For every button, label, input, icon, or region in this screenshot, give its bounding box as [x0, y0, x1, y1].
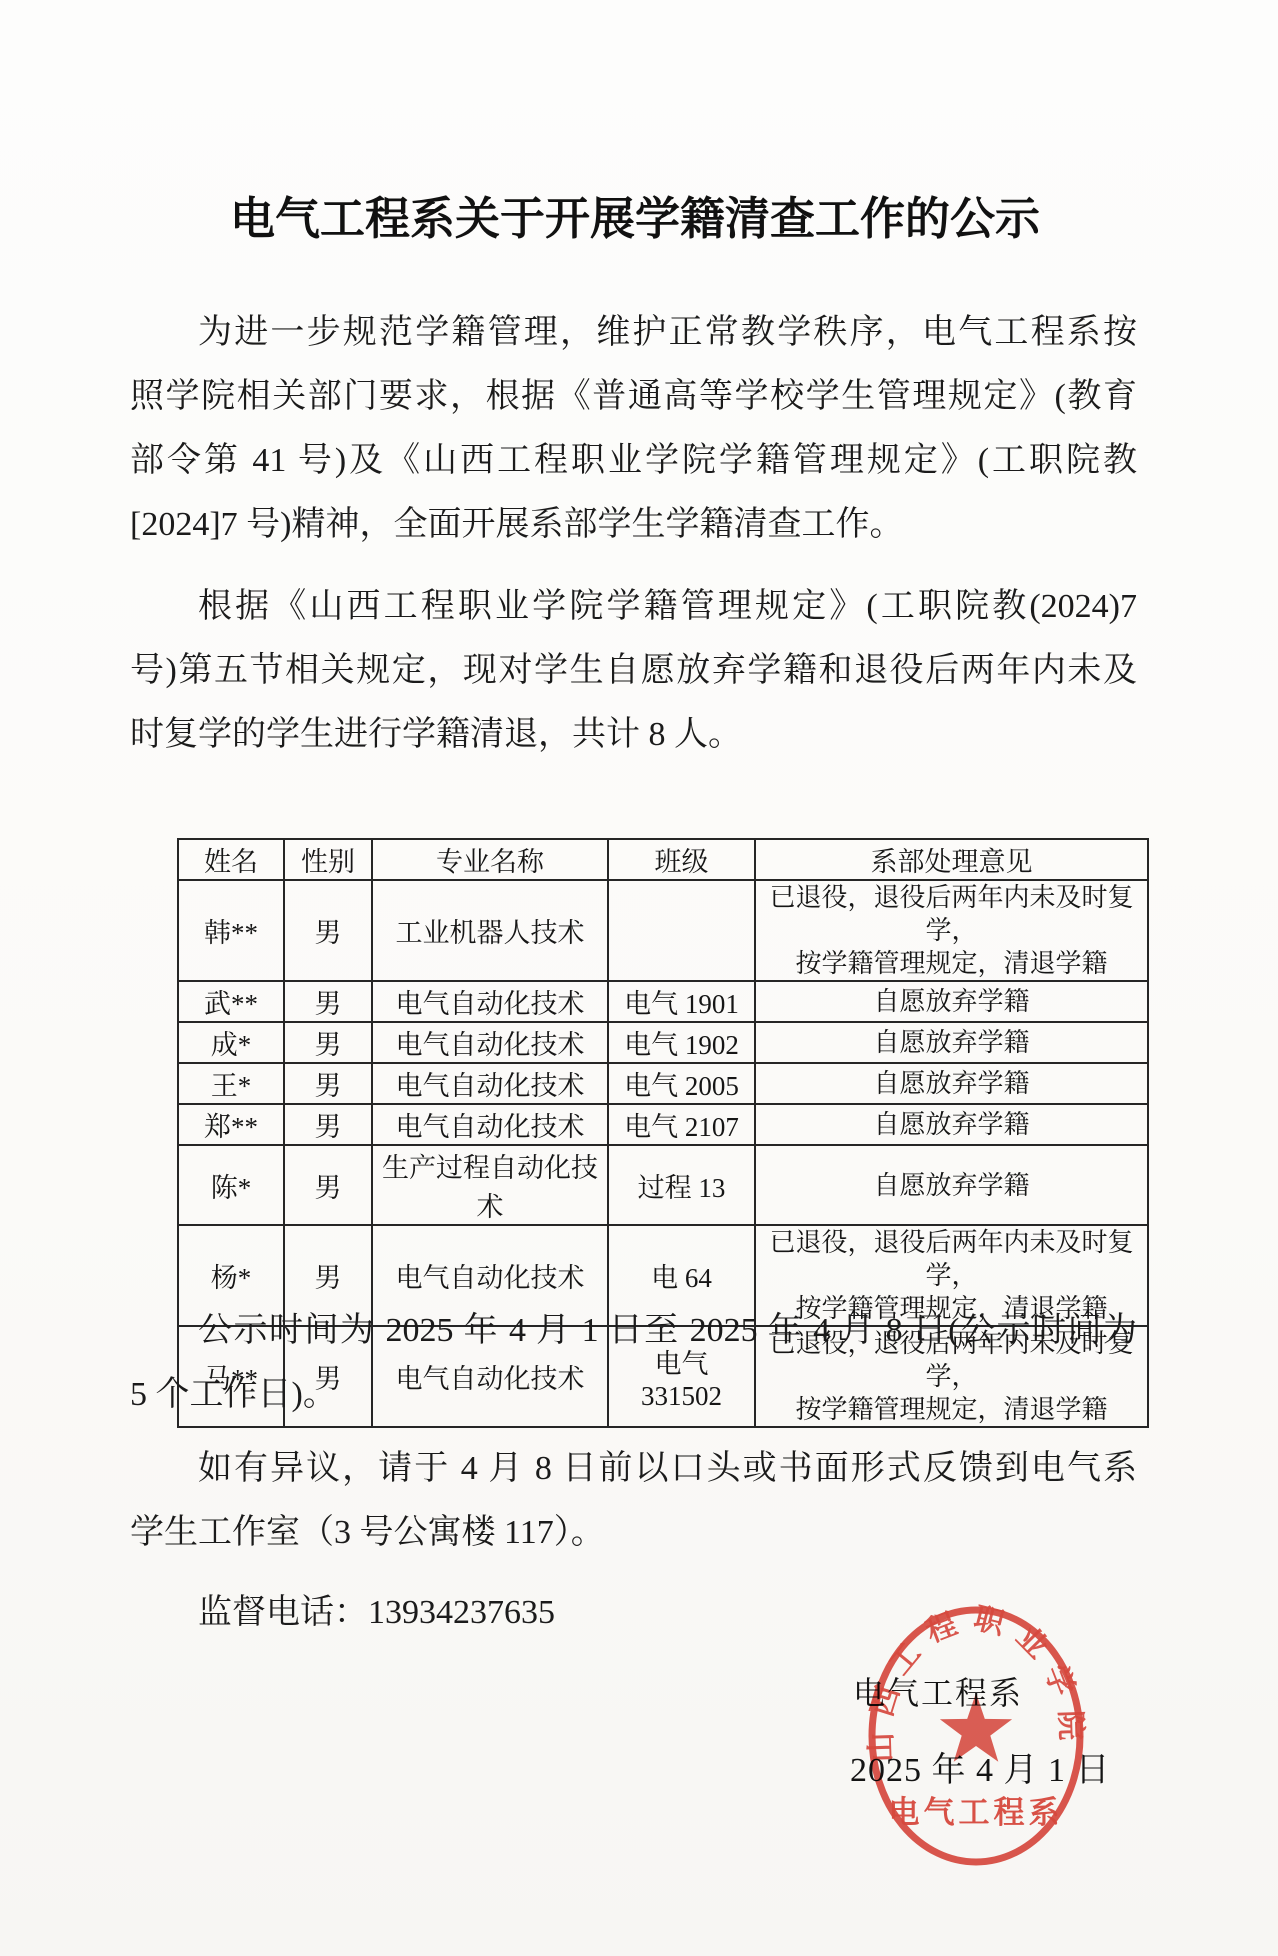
cell-major: 工业机器人技术	[372, 880, 608, 981]
table-row: 郑** 男 电气自动化技术 电气 2107 自愿放弃学籍	[178, 1104, 1148, 1145]
paragraph-line: 号)第五节相关规定，现对学生自愿放弃学籍和退役后两年内未及	[130, 639, 1137, 703]
col-header-name: 姓名	[178, 839, 284, 880]
table-row: 武** 男 电气自动化技术 电气 1901 自愿放弃学籍	[178, 981, 1148, 1022]
page-title: 电气工程系关于开展学籍清查工作的公示	[130, 188, 1140, 250]
notice-document: 电气工程系关于开展学籍清查工作的公示 为进一步规范学籍管理，维护正常教学秩序，电…	[0, 0, 1278, 1956]
cell-gender: 男	[284, 1104, 372, 1145]
cell-opinion: 自愿放弃学籍	[755, 981, 1148, 1022]
cell-class: 电气 1902	[608, 1022, 755, 1063]
cell-major: 电气自动化技术	[372, 981, 608, 1022]
cell-gender: 男	[284, 880, 372, 981]
cell-major: 电气自动化技术	[372, 1104, 608, 1145]
seal-star-icon	[940, 1693, 1012, 1762]
paragraph-line: 5 个工作日)。	[130, 1363, 1137, 1427]
cell-class	[608, 880, 755, 981]
paragraph-publicity-period: 公示时间为 2025 年 4 月 1 日至 2025 年 4 月 8 日(公示时…	[130, 1299, 1137, 1427]
cell-name: 王*	[178, 1063, 284, 1104]
cell-major: 电气自动化技术	[372, 1022, 608, 1063]
cell-gender: 男	[284, 1145, 372, 1225]
paragraph-line: 照学院相关部门要求，根据《普通高等学校学生管理规定》(教育	[130, 365, 1137, 429]
table-row: 王* 男 电气自动化技术 电气 2005 自愿放弃学籍	[178, 1063, 1148, 1104]
cell-opinion: 自愿放弃学籍	[755, 1145, 1148, 1225]
cell-class: 电气 2005	[608, 1063, 755, 1104]
col-header-class: 班级	[608, 839, 755, 880]
paragraph-basis: 根据《山西工程职业学院学籍管理规定》(工职院教(2024)7 号)第五节相关规定…	[130, 575, 1137, 767]
paragraph-intro: 为进一步规范学籍管理，维护正常教学秩序，电气工程系按 照学院相关部门要求，根据《…	[130, 301, 1137, 557]
paragraph-line: 根据《山西工程职业学院学籍管理规定》(工职院教(2024)7	[130, 575, 1137, 639]
cell-name: 韩**	[178, 880, 284, 981]
cell-opinion: 自愿放弃学籍	[755, 1104, 1148, 1145]
cell-opinion: 自愿放弃学籍	[755, 1063, 1148, 1104]
paragraph-line: [2024]7 号)精神，全面开展系部学生学籍清查工作。	[130, 493, 1137, 557]
paragraph-line: 学生工作室（3 号公寓楼 117）。	[130, 1501, 1137, 1565]
cell-gender: 男	[284, 1063, 372, 1104]
cell-name: 成*	[178, 1022, 284, 1063]
table-row: 韩** 男 工业机器人技术 已退役，退役后两年内未及时复学， 按学籍管理规定，清…	[178, 880, 1148, 981]
cell-class: 电气 2107	[608, 1104, 755, 1145]
col-header-opinion: 系部处理意见	[755, 839, 1148, 880]
table-header-row: 姓名 性别 专业名称 班级 系部处理意见	[178, 839, 1148, 880]
cell-major: 电气自动化技术	[372, 1063, 608, 1104]
seal-bottom-text: 电气工程系	[889, 1795, 1064, 1830]
cell-opinion: 已退役，退役后两年内未及时复学， 按学籍管理规定，清退学籍	[755, 880, 1148, 981]
cell-gender: 男	[284, 1022, 372, 1063]
table-row: 成* 男 电气自动化技术 电气 1902 自愿放弃学籍	[178, 1022, 1148, 1063]
cell-major: 生产过程自动化技术	[372, 1145, 608, 1225]
paragraph-line: 时复学的学生进行学籍清退，共计 8 人。	[130, 703, 1137, 767]
col-header-major: 专业名称	[372, 839, 608, 880]
table-row: 陈* 男 生产过程自动化技术 过程 13 自愿放弃学籍	[178, 1145, 1148, 1225]
cell-name: 陈*	[178, 1145, 284, 1225]
paragraph-objection: 如有异议，请于 4 月 8 日前以口头或书面形式反馈到电气系 学生工作室（3 号…	[130, 1437, 1137, 1565]
col-header-gender: 性别	[284, 839, 372, 880]
cell-class: 过程 13	[608, 1145, 755, 1225]
paragraph-line: 如有异议，请于 4 月 8 日前以口头或书面形式反馈到电气系	[130, 1437, 1137, 1501]
cell-class: 电气 1901	[608, 981, 755, 1022]
paragraph-line: 公示时间为 2025 年 4 月 1 日至 2025 年 4 月 8 日(公示时…	[130, 1299, 1137, 1363]
cell-name: 武**	[178, 981, 284, 1022]
paragraph-line: 部令第 41 号)及《山西工程职业学院学籍管理规定》(工职院教	[130, 429, 1137, 493]
cell-name: 郑**	[178, 1104, 284, 1145]
cell-gender: 男	[284, 981, 372, 1022]
paragraph-line: 为进一步规范学籍管理，维护正常教学秩序，电气工程系按	[130, 301, 1137, 365]
cell-opinion: 自愿放弃学籍	[755, 1022, 1148, 1063]
official-seal: 山西工程职业学院 电气工程系	[856, 1595, 1096, 1885]
